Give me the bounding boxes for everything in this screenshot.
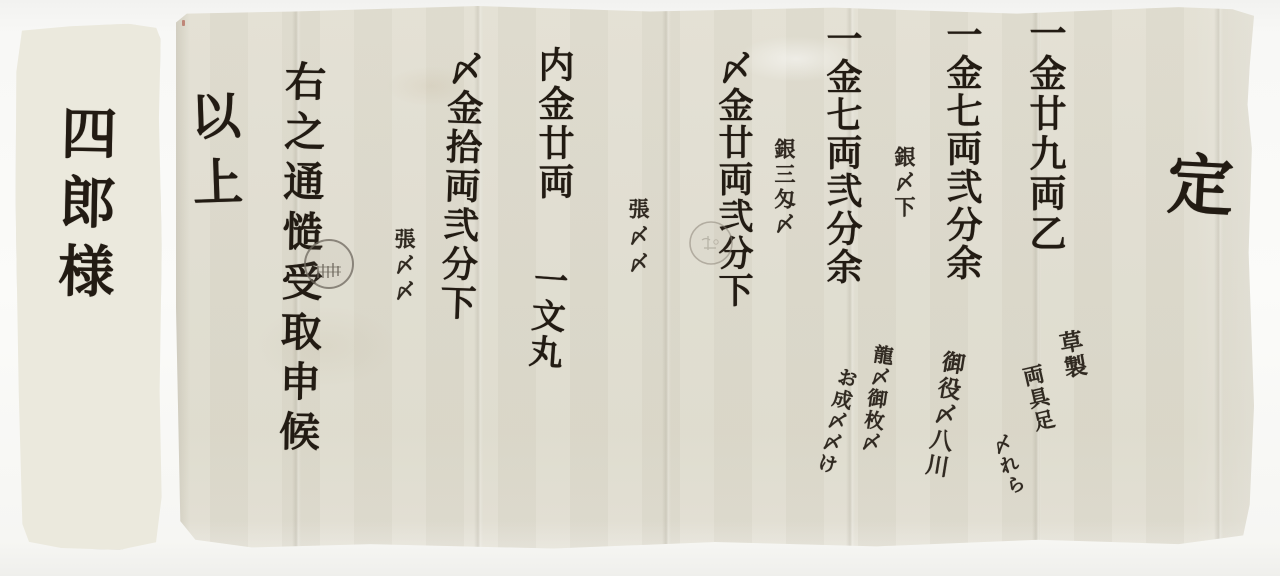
entry-1-note-2: 両具足 bbox=[1021, 363, 1057, 435]
entry-3-side-note: 銀三匁〆 bbox=[774, 138, 795, 238]
end-mark: 以上 bbox=[186, 89, 241, 223]
address-strip-paper: 四郎様 bbox=[15, 24, 164, 551]
entry-2-note-1: 御役〆八川 bbox=[922, 349, 965, 481]
red-fiber-speck bbox=[182, 20, 185, 26]
entry-1-amount: 一金廿九両乙 bbox=[1026, 14, 1063, 254]
main-sheet-paper: 定 一金廿九両乙 草製 両具足 〆れら 一金七両弐分余 銀〆下 御役〆八川 一金… bbox=[176, 6, 1254, 554]
entry-3-amount: 一金七両弐分余 bbox=[824, 20, 860, 286]
fold-crease bbox=[1214, 6, 1223, 554]
entry-1-note-3: 〆れら bbox=[989, 433, 1027, 499]
entry-5-amount: 内金廿両 bbox=[536, 46, 572, 202]
entry-6-side-note: 張〆〆 bbox=[394, 228, 415, 306]
entry-3-note-1: 龍〆御枚〆 bbox=[858, 343, 893, 455]
closing-statement: 右之通慥受取申候 bbox=[275, 60, 323, 461]
entry-2-amount: 一金七両弐分余 bbox=[944, 16, 980, 282]
entry-6-amount: 〆金拾両弐分下 bbox=[437, 49, 483, 323]
photographed-document: 四郎様 定 一金廿九両乙 草製 両具足 〆れら 一金七両弐分余 銀〆下 御役〆八… bbox=[0, 0, 1280, 576]
entry-2-side-note: 銀〆下 bbox=[894, 146, 915, 221]
entry-1-note-1: 草製 bbox=[1056, 328, 1087, 381]
heading-sadame: 定 bbox=[1160, 148, 1229, 217]
address-text: 四郎様 bbox=[53, 103, 113, 311]
fold-crease bbox=[662, 6, 671, 554]
entry-4-side-note: 張〆〆 bbox=[628, 198, 649, 279]
entry-4-amount: 〆金廿両弐分下 bbox=[716, 50, 751, 309]
entry-3-note-2: お成〆〆け bbox=[814, 365, 858, 477]
entry-5-sub-amount: 一文丸 bbox=[524, 261, 565, 371]
